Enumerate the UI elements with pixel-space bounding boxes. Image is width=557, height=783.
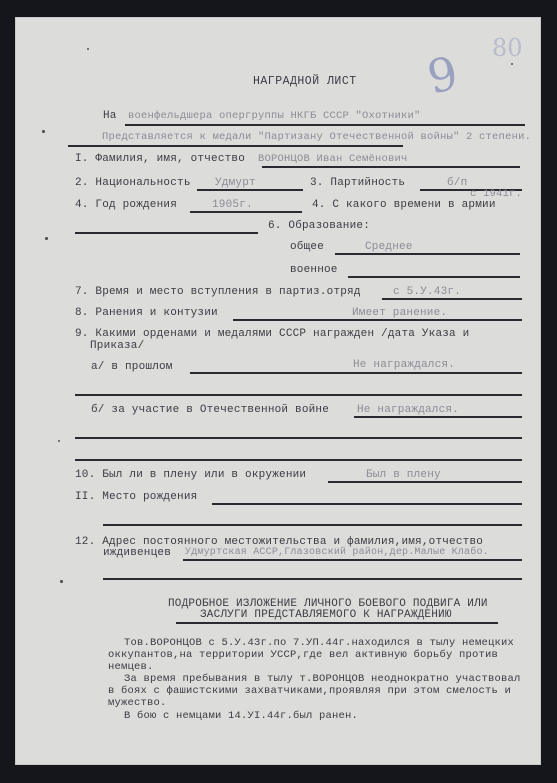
field-9b-extra-line-1 [75, 437, 522, 439]
field-10-underline [328, 481, 522, 483]
field-9b-extra-line-2 [75, 459, 522, 461]
paper-speck [58, 440, 60, 442]
field-11-extra-line [103, 524, 522, 526]
field-10-label: 10. Был ли в плену или в окружении [75, 469, 306, 481]
field-12-label-continued: иждивенцев [103, 547, 171, 559]
field-9a-label: а/ в прошлом [91, 361, 173, 373]
field-5-label: 4. С какого времени в армии [312, 199, 496, 211]
field-1-label: I. Фамилия, имя, отчество [75, 153, 245, 165]
field-6-general-label: общее [290, 241, 324, 253]
field-11-label: II. Место рождения [75, 491, 197, 503]
narrative-line-7: В бою с немцами 14.УI.44г.был ранен. [124, 710, 358, 722]
to-label: На [103, 110, 117, 122]
narrative-line-3: немцев. [108, 661, 154, 673]
field-8-value: Имеет ранение. [352, 307, 447, 319]
paper-speck [42, 130, 45, 133]
field-12-underline [183, 559, 522, 561]
field-8-label: 8. Ранения и контузии [75, 307, 218, 319]
field-4-label: 4. Год рождения [75, 199, 177, 211]
field-7-value: с 5.У.43г. [393, 286, 461, 298]
field-1-underline [262, 166, 520, 168]
narrative-line-6: мужество. [108, 697, 167, 709]
field-10-value: Был в плену [366, 469, 441, 481]
field-6-general-underline [335, 253, 520, 255]
to-value: военфельдшера опергруппы НКГБ СССР "Охот… [128, 110, 421, 122]
field-9b-label: б/ за участие в Отечественной войне [91, 404, 329, 416]
presented-underline [68, 145, 403, 147]
handwritten-page-number: 80 [492, 34, 523, 62]
field-1-value: ВОРОНЦОВ Иван Семёнович [258, 153, 408, 165]
narrative-line-2: оккупантов,на территории УССР,где вел ак… [108, 649, 498, 661]
field-6-military-label: военное [290, 264, 338, 276]
field-4-value: 1905г. [212, 199, 253, 211]
field-9-label-continued: Приказа/ [90, 340, 144, 352]
field-6-general-value: Среднее [365, 241, 413, 253]
field-12-extra-line [103, 578, 522, 580]
field-12-value: Удмуртская АССР,Глазовский район,дер.Мал… [185, 547, 489, 558]
field-2-value: Удмурт [215, 177, 256, 189]
to-underline [125, 124, 525, 126]
field-3-value: б/п [447, 177, 467, 189]
section-heading-underline [176, 622, 498, 624]
narrative-line-5: в боях с фашистскими захватчиками,проявл… [108, 685, 511, 697]
paper-speck [60, 580, 63, 583]
field-4-underline [190, 211, 302, 213]
field-7-underline [382, 298, 522, 300]
field-9-label: 9. Какими орденами и медалями СССР награ… [75, 328, 469, 340]
paper-speck [45, 237, 48, 240]
field-9a-extra-line [75, 394, 522, 396]
field-5-underline [75, 232, 258, 234]
document-title: НАГРАДНОЙ ЛИСТ [253, 75, 357, 88]
paper-speck [87, 48, 89, 50]
field-9a-value: Не награждался. [353, 359, 455, 371]
field-7-label: 7. Время и место вступления в партиз.отр… [75, 286, 361, 298]
field-8-underline [233, 319, 522, 321]
presented-value: Представляется к медали "Партизану Отече… [102, 131, 531, 143]
paper-speck [511, 63, 513, 65]
field-9a-underline [190, 372, 522, 374]
field-9b-underline [354, 416, 522, 418]
field-2-underline [197, 189, 303, 191]
field-11-underline [212, 503, 522, 505]
field-6-military-underline [348, 276, 520, 278]
section-heading-line-2: ЗАСЛУГИ ПРЕДСТАВЛЯЕМОГО К НАГРАЖДЕНИЮ [200, 609, 452, 621]
field-2-label: 2. Национальность [75, 177, 191, 189]
field-9b-value: Не награждался. [357, 404, 459, 416]
field-6-label: 6. Образование: [268, 220, 370, 232]
narrative-line-1: Тов.ВОРОНЦОВ с 5.У.43г.по 7.УП.44г.наход… [124, 637, 514, 649]
field-3-label: 3. Партийность [310, 177, 405, 189]
narrative-line-4: За время пребывания в тылу т.ВОРОНЦОВ не… [124, 673, 521, 685]
